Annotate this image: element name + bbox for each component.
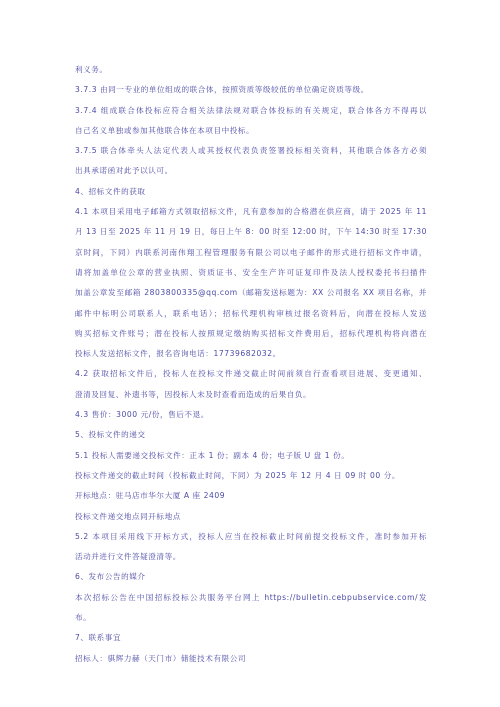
section-heading-7: 7、联系事宜 [75, 628, 427, 648]
clause-4-3-price: 4.3 售价：3000 元/份，售后不退。 [75, 405, 427, 425]
text-line: 利义务。 [75, 60, 427, 80]
phone-line: 投标人发送招标文件，报名咨询电话：17739682032。 [75, 344, 427, 364]
email-line: 加盖公章发至邮箱 2803800335@qq.com（邮箱发送标题为：XX 公司… [75, 283, 427, 303]
clause-3-7-4: 3.7.4 组成联合体投标应符合相关法律法规对联合体投标的有关规定，联合体各方不… [75, 101, 427, 121]
text-line: 邮件中标明公司联系人，联系电话）；招标代理机构审核过报名资料后，向潜在投标人发送 [75, 304, 427, 324]
clause-4-1: 4.1 本项目采用电子邮箱方式领取招标文件，凡有意参加的合格潜在供应商，请于 2… [75, 202, 427, 222]
submission-location-line: 投标文件递交地点同开标地点 [75, 507, 427, 527]
publication-url-line: 本次招标公告在中国招标投标公共服务平台网上 https://bulletin.c… [75, 588, 427, 608]
document-body: 利义务。 3.7.3 由同一专业的单位组成的联合体，按照资质等级较低的单位确定资… [75, 60, 427, 669]
section-heading-4: 4、招标文件的获取 [75, 182, 427, 202]
clause-3-7-5: 3.7.5 联合体牵头人法定代表人或其授权代表负责签署投标相关资料，其他联合体各… [75, 141, 427, 161]
text-line: 出具承诺函对此予以认可。 [75, 161, 427, 181]
clause-5-2: 5.2 本项目采用线下开标方式，投标人应当在投标截止时间前提交投标文件，准时参加… [75, 527, 427, 547]
deadline-line: 投标文件递交的截止时间（投标截止时间，下同）为 2025 年 12 月 4 日 … [75, 466, 427, 486]
text-line: 京时间，下同）内联系河南伟翔工程管理服务有限公司以电子邮件的形式进行招标文件申请… [75, 243, 427, 263]
text-line: 购买招标文件账号；潜在投标人按照规定缴纳购买招标文件费用后，招标代理机构将向潜在 [75, 324, 427, 344]
clause-5-1: 5.1 投标人需要递交投标文件：正本 1 份；副本 4 份；电子版 U 盘 1 … [75, 446, 427, 466]
text-line: 请将加盖单位公章的营业执照、资质证书、安全生产许可证复印件及法人授权委托书扫描件 [75, 263, 427, 283]
tenderer-line: 招标人：骐辉力赫（天门市）储能技术有限公司 [75, 649, 427, 669]
clause-3-7-3: 3.7.3 由同一专业的单位组成的联合体，按照资质等级较低的单位确定资质等级。 [75, 80, 427, 100]
document-page: 利义务。 3.7.3 由同一专业的单位组成的联合体，按照资质等级较低的单位确定资… [0, 0, 500, 707]
text-line: 澄清及回复、补遗书等，因投标人未及时查看而造成的后果自负。 [75, 385, 427, 405]
text-line: 月 13 日至 2025 年 11 月 19 日，每日上午 8：00 时至 12… [75, 222, 427, 242]
opening-location-line: 开标地点：驻马店市华尔大厦 A 座 2409 [75, 486, 427, 506]
text-line: 布。 [75, 608, 427, 628]
section-heading-5: 5、投标文件的递交 [75, 425, 427, 445]
text-line: 自己名义单独或参加其他联合体在本项目中投标。 [75, 121, 427, 141]
section-heading-6: 6、发布公告的媒介 [75, 567, 427, 587]
text-line: 活动并进行文件答疑澄清等。 [75, 547, 427, 567]
clause-4-2: 4.2 获取招标文件后，投标人在投标文件递交截止时间前须自行查看项目进展、变更通… [75, 364, 427, 384]
